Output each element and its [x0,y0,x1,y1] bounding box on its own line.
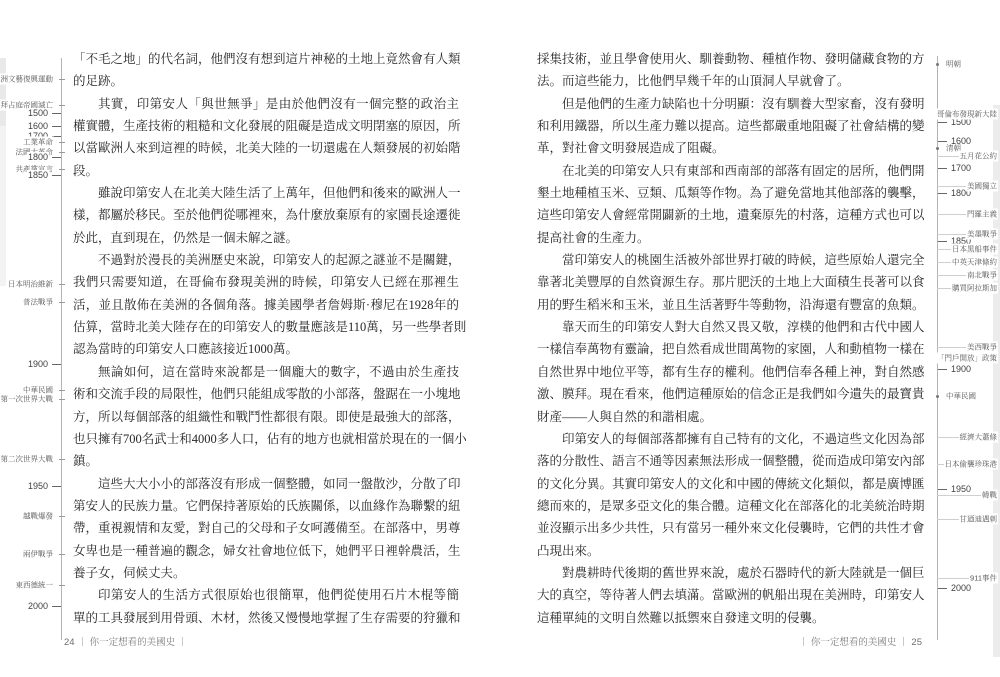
timeline-label: 明朝 [945,59,962,70]
timeline-date-dash [52,606,61,607]
timeline-tick [59,459,65,460]
timeline-label: 2000 [27,601,49,611]
text-line: 靠天而生的印第安人對大自然又畏又敬，淳樸的他們和古代中國人 [537,316,923,338]
timeline-label: 哥倫布發現新大陸 [936,109,998,120]
text-line: 墾土地種植玉米、豆類、瓜類等作物。為了避免當地其他部落的襲擊， [537,182,923,204]
timeline-label: 南北戰爭 [966,270,998,281]
timeline-tick [59,585,65,586]
timeline-label: 歐洲文藝復興運動 [0,74,54,85]
timeline-label: 1850 [27,170,49,180]
timeline-tick [59,169,65,170]
text-line: 並沒顯示出多少共性，只有當另一種外來文化侵襲時，它們的共性才會 [537,517,923,539]
timeline-label: 日本黑船事件 [951,244,998,255]
timeline-tick [59,142,65,143]
left-page-footer: 24你一定想看的美國史 [64,634,190,648]
timeline-label: 甘迺迪遇刺 [959,514,999,525]
timeline-label: 中英天津條約 [951,257,998,268]
text-line: 和利用鐵器，所以生產力難以提高。這些都嚴重地阻礙了社會結構的變 [537,115,923,137]
timeline-date-dash [938,369,947,370]
text-line: 這些大大小小的部落沒有形成一個整體，如同一盤散沙，分散了印 [73,473,459,495]
text-line: 用的野生稻米和玉米，並且生活著野牛等動物，沿海還有豐富的魚類。 [537,294,923,316]
right-margin-timeline: 明朝哥倫布發現新大陸15001600清朝五月花公約1700美國獨立1800門羅主… [937,0,1000,677]
text-line: 靠著北美豐厚的自然資源生存。那片肥沃的土地上大面積生長著可以食 [537,271,923,293]
timeline-label: 五月花公約 [959,151,999,162]
text-line: 這種單純的文明自然難以抵禦來自發達文明的侵襲。 [537,607,923,629]
timeline-tick [59,284,65,285]
book-title: 你一定想看的美國史 [811,637,897,648]
timeline-date-dash [52,113,61,114]
text-line: 凸現出來。 [537,540,923,562]
timeline-label: 1950 [27,481,49,491]
timeline-label: 購買阿拉斯加 [951,283,998,294]
timeline-date-dash [52,486,61,487]
text-line: 落的分散性、語言不通等因素無法形成一個整體，從而造成印第安內部 [537,450,923,472]
right-page-footer: 你一定想看的美國史25 [796,634,922,648]
timeline-axis-line [937,56,938,640]
text-line: 其實，印第安人「與世無爭」是由於他們沒有一個完整的政治主 [73,93,459,115]
text-line: 自然世界中地位平等，都有生存的權利。他們信奉各種上神，對自然感 [537,361,923,383]
footer-divider [82,637,83,646]
timeline-date-dash [938,588,947,589]
text-line: 當印第安人的桃園生活被外部世界打破的時候，這些原始人還完全 [537,249,923,271]
text-line: 我們只需要知道，在哥倫布發現美洲的時候，印第安人已經在那裡生 [73,271,459,293]
footer-divider [803,637,804,646]
text-line: 以當歐洲人來到這裡的時候，北美大陸的一切還處在人類發展的初始階 [73,137,459,159]
timeline-label: 中華民國 [945,391,977,402]
timeline-label: 1900 [950,364,972,374]
text-line: 「不毛之地」的代名詞，他們沒有想到這片神秘的土地上竟然會有人類 [73,48,459,70]
timeline-date-dash [938,141,947,142]
text-line: 在北美的印第安人只有東部和西南部的部落有固定的居所，他們開 [537,160,923,182]
text-line: 採集技術，並且學會使用火、馴養動物、種植作物、發明儲藏食物的方 [537,48,923,70]
timeline-tick [59,152,65,153]
timeline-label: 東西德統一 [15,580,55,591]
text-line: 這些印第安人會經常開闢新的土地，遺棄原先的村落，這種方式也可以 [537,204,923,226]
text-line: 財產——人與自然的和諧相處。 [537,406,923,428]
footer-divider [182,637,183,646]
text-line: 對農耕時代後期的舊世界來說，處於石器時代的新大陸就是一個巨 [537,562,923,584]
timeline-label: 美國獨立 [966,181,998,192]
text-line: 於此，直到現在，仍然是一個未解之謎。 [73,227,459,249]
timeline-label: 美西戰爭 [966,342,998,353]
text-line: 鎮。 [73,450,459,472]
timeline-tick [59,302,65,303]
timeline-label: 1700 [950,163,972,173]
text-line: 術和交流手段的局限性，他們只能組成零散的小部落，盤踞在一小塊地 [73,383,459,405]
text-line: 女卑也是一種普遍的觀念，婦女社會地位低下，她們平日裡幹農活，生 [73,540,459,562]
timeline-date-dash [52,157,61,158]
timeline-label: 1600 [27,121,49,131]
text-line: 大的真空，等待著人們去填滿。當歐洲的帆船出現在美洲時，印第安人 [537,584,923,606]
timeline-date-dash [938,168,947,169]
text-line: 總而來的，是眾多亞文化的集合體。這種文化在部落化的北美統治時期 [537,495,923,517]
text-line: 革，對社會文明發展造成了阻礙。 [537,137,923,159]
text-line: 也只擁有700名武士和4000多人口，佔有的地方也就相當於現在的一個小 [73,428,459,450]
timeline-label: 「門戶開放」政策 [936,353,998,364]
timeline-label: 越戰爆發 [22,511,54,522]
text-line: 段。 [73,160,459,182]
page-number: 25 [911,637,922,648]
text-line: 養子女，伺候丈夫。 [73,562,459,584]
text-line: 的文化分異。其實印第安人的文化和中國的傳統文化類似，都是廣博匯 [537,473,923,495]
text-line: 激、膜拜。現在看來，他們這種原始的信念正是我們如今遺失的最寶貴 [537,383,923,405]
timeline-date-dash [52,364,61,365]
timeline-label: 911事件 [969,573,998,584]
text-line: 認為當時的印第安人口應該接近1000萬。 [73,338,459,360]
text-line: 估算，當時北美大陸存在的印第安人的數量應該是110萬，另一些學者則 [73,316,459,338]
timeline-label: 第一次世界大戰 [0,394,54,405]
book-title: 你一定想看的美國史 [90,637,176,648]
timeline-date-dash [938,241,947,242]
text-line: 提高社會的生產力。 [537,227,923,249]
timeline-label: 門羅主義 [966,209,998,220]
timeline-label: 2000 [950,583,972,593]
right-page-text: 採集技術，並且學會使用火、馴養動物、種植作物、發明儲藏食物的方法。而這些能力，比… [537,48,923,629]
text-line: 帶，重視親情和友愛，對自己的父母和子女呵護備至。在部落中，男尊 [73,517,459,539]
timeline-dynasty-dot [936,147,939,150]
text-line: 一樣信奉萬物有靈論，把自然看成世間萬物的家園，人和動植物一樣在 [537,338,923,360]
timeline-label: 第二次世界大戰 [0,454,54,465]
timeline-tick [59,390,65,391]
left-page-text: 「不毛之地」的代名詞，他們沒有想到這片神秘的土地上竟然會有人類的足跡。其實，印第… [73,48,459,629]
timeline-label: 1500 [27,108,49,118]
text-line: 單的工具發展到用骨頭、木材，然後又慢慢地掌握了生存需要的狩獵和 [73,607,459,629]
timeline-label: 日本偷襲珍珠港 [944,459,999,470]
text-line: 活，並且散佈在美洲的各個角落。據美國學者詹姆斯·穆尼在1928年的 [73,294,459,316]
timeline-label: 美墨戰爭 [966,229,998,240]
left-margin-timeline: 歐洲文藝復興運動拜占庭帝國滅亡150016001700工業革命法國大革命1800… [0,0,62,677]
timeline-tick [59,79,65,80]
timeline-tick [59,516,65,517]
timeline-date-dash [938,122,947,123]
timeline-date-dash [52,126,61,127]
text-line: 方，所以每個部落的組織性和戰鬥性都很有限。即使是最強大的部落， [73,406,459,428]
timeline-label: 經濟大蕭條 [959,432,999,443]
text-line: 無論如何，這在當時來說都是一個龐大的數字，不過由於生產技 [73,361,459,383]
text-line: 權實體，生產技術的粗糙和文化發展的阻礙是造成文明閉塞的原因，所 [73,115,459,137]
timeline-label: 韓戰 [981,490,998,501]
timeline-tick [59,554,65,555]
timeline-dynasty-dot [936,395,939,398]
timeline-dynasty-dot [936,63,939,66]
timeline-label: 日本明治維新 [7,279,54,290]
text-line: 法。而這些能力，比他們早幾千年的山頂洞人早就會了。 [537,70,923,92]
timeline-label: 1950 [950,484,972,494]
text-line: 不過對於漫長的美洲歷史來說，印第安人的起源之謎並不是關鍵， [73,249,459,271]
text-line: 的足跡。 [73,70,459,92]
timeline-label: 兩伊戰爭 [22,549,54,560]
text-line: 但是他們的生產力缺陷也十分明顯：沒有馴養大型家畜，沒有發明 [537,93,923,115]
timeline-label: 1800 [27,152,49,162]
timeline-label: 普法戰爭 [22,297,54,308]
text-line: 印第安人的每個部落都擁有自己特有的文化，不過這些文化因為部 [537,428,923,450]
text-line: 第安人的民族力量。它們保持著原始的氏族關係，以血緣作為聯繫的紐 [73,495,459,517]
timeline-tick [59,105,65,106]
timeline-tick [59,399,65,400]
text-line: 印第安人的生活方式很原始也很簡單，他們從使用石片木棍等簡 [73,584,459,606]
timeline-date-dash [938,489,947,490]
footer-divider [903,637,904,646]
text-line: 雖說印第安人在北美大陸生活了上萬年，但他們和後來的歐洲人一 [73,182,459,204]
timeline-date-dash [938,193,947,194]
timeline-date-dash [52,175,61,176]
page-number: 24 [64,637,75,648]
text-line: 樣，都屬於移民。至於他們從哪裡來，為什麼放棄原有的家園長途遷徙 [73,204,459,226]
timeline-label: 1900 [27,359,49,369]
